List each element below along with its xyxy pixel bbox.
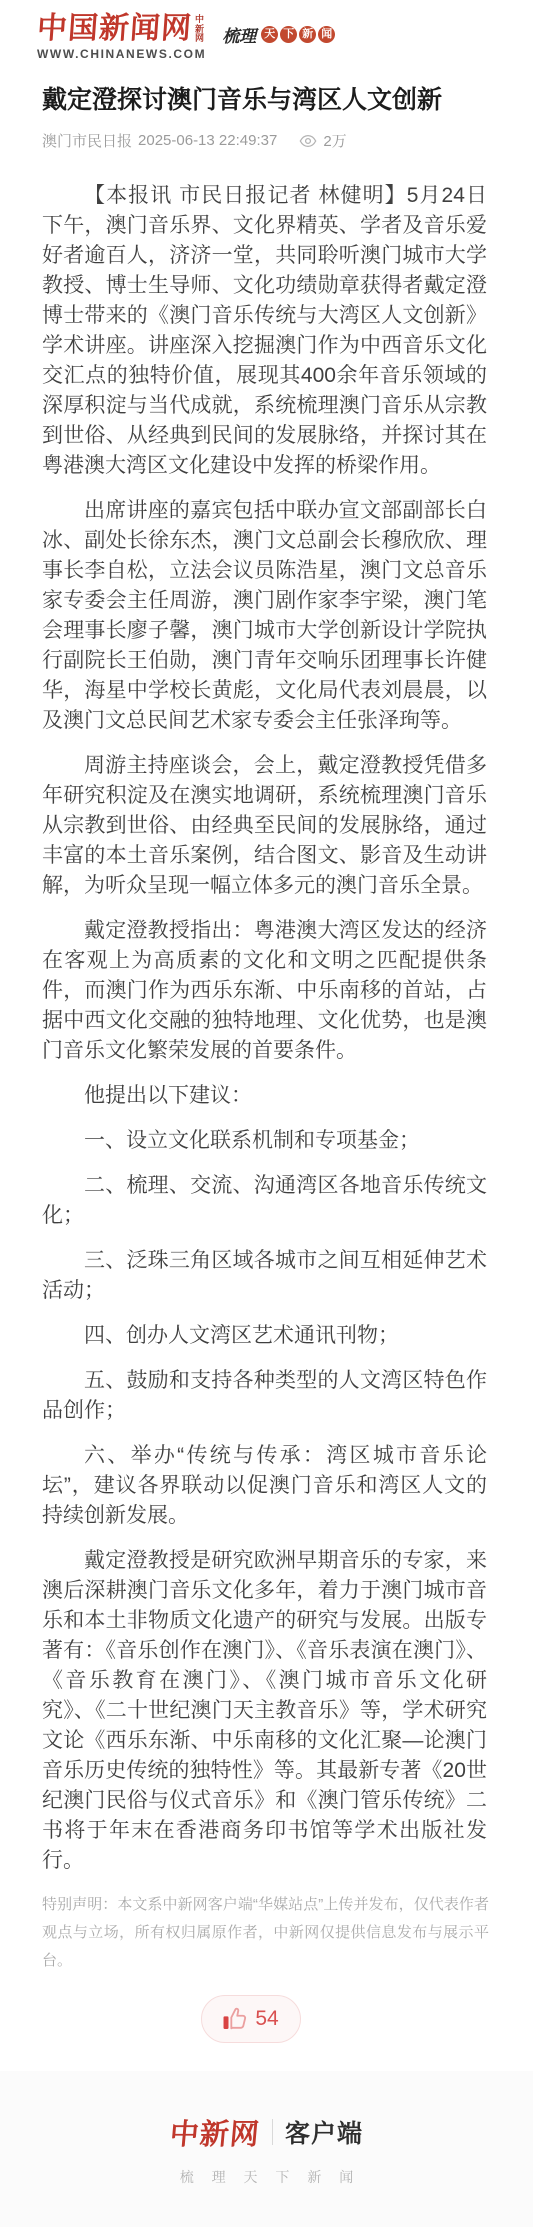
article-paragraph: 四、创办人文湾区艺术通讯刊物； <box>42 1321 487 1351</box>
logo-url-text: WWW.CHINANEWS.COM <box>37 47 206 61</box>
article-paragraph: 【本报讯 市民日报记者 林健明】5月24日下午，澳门音乐界、文化界精英、学者及音… <box>42 181 487 481</box>
footer-logo-calligraphy: 中新网 <box>168 2112 262 2153</box>
site-footer: 中新网 客户端 梳 理 天 下 新 闻 <box>0 2071 533 2227</box>
footer-tagline: 梳 理 天 下 新 闻 <box>173 2167 360 2187</box>
article-paragraph: 五、鼓励和支持各种类型的人文湾区特色作品创作； <box>42 1366 487 1426</box>
slogan-prefix-text: 梳理 <box>222 22 256 47</box>
like-button-row: 54 <box>0 1995 533 2043</box>
logo-vertical-text: 中新网 <box>195 15 204 44</box>
footer-divider <box>272 2119 273 2145</box>
thumbs-up-icon <box>222 2006 248 2032</box>
page-title: 戴定澄探讨澳门音乐与湾区人文创新 <box>42 83 489 117</box>
article-paragraph: 周游主持座谈会，会上，戴定澄教授凭借多年研究积淀及在澳实地调研，系统梳理澳门音乐… <box>42 751 487 901</box>
article-meta: 澳门市民日报 2025-06-13 22:49:37 2万 <box>42 130 489 151</box>
publish-datetime: 2025-06-13 22:49:37 <box>138 132 277 149</box>
slogan-seal-icon: 闻 <box>318 26 335 43</box>
site-logo[interactable]: 中国新闻网 中新网 WWW.CHINANEWS.COM <box>37 14 206 61</box>
article-paragraph: 出席讲座的嘉宾包括中联办宣文部副部长白冰、副处长徐东杰，澳门文总副会长穆欣欣、理… <box>42 496 487 736</box>
footer-client-logo[interactable]: 中新网 客户端 <box>170 2112 363 2153</box>
view-count-text: 2万 <box>323 130 346 151</box>
view-counter: 2万 <box>299 130 346 151</box>
article-paragraph: 二、梳理、交流、沟通湾区各地音乐传统文化； <box>42 1171 487 1231</box>
site-header: 中国新闻网 中新网 WWW.CHINANEWS.COM 梳理 天 下 新 闻 <box>0 0 533 61</box>
footer-client-label: 客户端 <box>285 2114 363 2150</box>
logo-calligraphy-text: 中国新闻网 <box>36 14 193 44</box>
article-paragraph: 他提出以下建议： <box>42 1081 487 1111</box>
source-name: 澳门市民日报 <box>42 130 132 151</box>
article-paragraph: 戴定澄教授指出：粤港澳大湾区发达的经济在客观上为高质素的文化和文明之匹配提供条件… <box>42 916 487 1066</box>
article-paragraph: 六、举办“传统与传承：湾区城市音乐论坛”，建议各界联动以促澳门音乐和湾区人文的持… <box>42 1441 487 1531</box>
article-paragraph: 一、设立文化联系机制和专项基金； <box>42 1126 487 1156</box>
like-button[interactable]: 54 <box>201 1995 301 2043</box>
article-paragraph: 戴定澄教授是研究欧洲早期音乐的专家，来澳后深耕澳门音乐文化多年，着力于澳门城市音… <box>42 1546 487 1876</box>
disclaimer-text: 特别声明：本文系中新网客户端“华媒站点”上传并发布，仅代表作者观点与立场，所有权… <box>42 1891 489 1975</box>
slogan: 梳理 天 下 新 闻 <box>222 22 335 47</box>
article-paragraph: 三、泛珠三角区域各城市之间互相延伸艺术活动； <box>42 1246 487 1306</box>
slogan-seal-icon: 天 <box>261 26 278 43</box>
like-count: 54 <box>255 2007 278 2031</box>
slogan-seal-icon: 新 <box>299 26 316 43</box>
slogan-seal-icon: 下 <box>280 26 297 43</box>
article-body: 【本报讯 市民日报记者 林健明】5月24日下午，澳门音乐界、文化界精英、学者及音… <box>0 181 533 1876</box>
eye-icon <box>299 134 317 148</box>
